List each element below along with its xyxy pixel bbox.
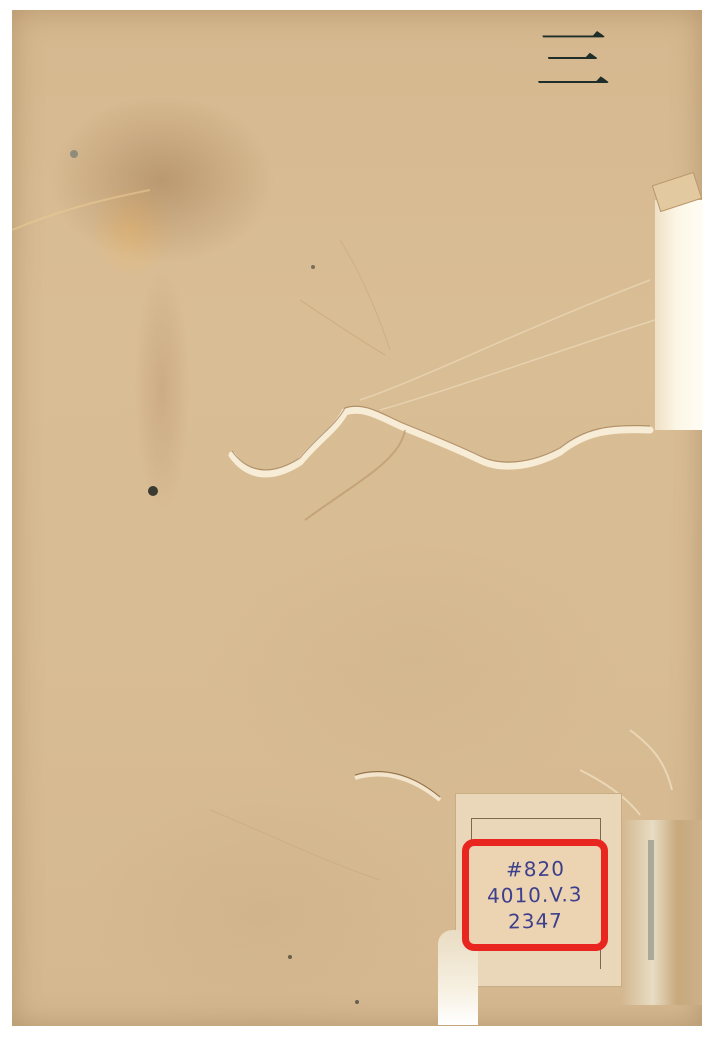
call-number-line-2: 4010.V.3 [487, 881, 583, 909]
ink-spot [288, 955, 292, 959]
ink-spot [355, 1000, 359, 1004]
ink-spot [148, 486, 158, 496]
ink-spot [311, 265, 315, 269]
call-number-label: #820 4010.V.3 2347 [462, 839, 608, 951]
ink-spot [70, 150, 78, 158]
torn-edge-strip [655, 200, 703, 430]
label-residue-panel [620, 820, 702, 1005]
call-number-line-3: 2347 [507, 908, 562, 935]
volume-number-mark: 三 [535, 28, 611, 94]
call-number-line-1: #820 [505, 855, 564, 882]
